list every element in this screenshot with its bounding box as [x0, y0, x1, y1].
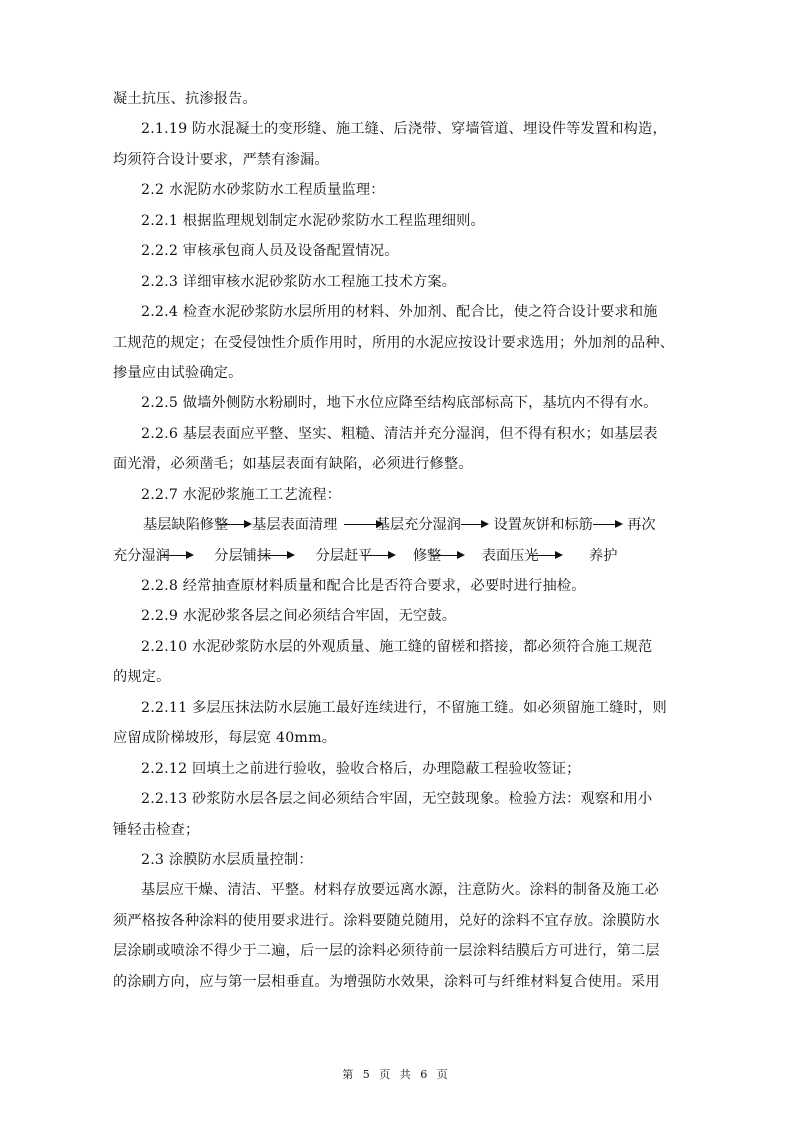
arrow-right-icon	[593, 520, 623, 530]
section-heading: 2.3 涂膜防水层质量控制：	[113, 845, 701, 875]
text-line: 2.2.11 多层压抹法防水层施工最好连续进行，不留施工缝。如必须留施工缝时，则	[113, 693, 701, 723]
text-line: 2.2.12 回填土之前进行验收，验收合格后，办理隐蔽工程验收签证；	[113, 754, 701, 784]
flow-step: 再次	[627, 510, 655, 540]
flow-step: 基层表面清理	[252, 510, 337, 540]
paragraph-block-1: 凝土抗压、抗渗报告。 2.1.19 防水混凝土的变形缝、施工缝、后浇带、穿墙管道…	[113, 84, 701, 510]
text-line: 2.2.6 基层表面应平整、坚实、粗糙、清洁并充分湿润，但不得有积水；如基层表	[113, 419, 701, 449]
text-line: 锤轻击检查；	[113, 815, 701, 845]
text-line: 2.2.3 详细审核水泥砂浆防水工程施工技术方案。	[113, 267, 701, 297]
arrow-right-icon	[160, 551, 194, 561]
arrow-right-icon	[529, 551, 563, 561]
arrow-right-icon	[344, 520, 384, 530]
text-line: 工规范的规定；在受侵蚀性介质作用时，所用的水泥应按设计要求选用；外加剂的品种、	[113, 328, 701, 358]
flow-step: 设置灰饼和标筋	[493, 510, 592, 540]
text-line: 凝土抗压、抗渗报告。	[113, 84, 701, 114]
text-line: 2.2.1 根据监理规划制定水泥砂浆防水工程监理细则。	[113, 206, 701, 236]
flow-step: 基层充分湿润	[376, 510, 461, 540]
text-line: 的规定。	[113, 662, 701, 692]
process-flow-row-2: 充分湿润 分层铺抹 分层赶平 修整 表面压光 养护	[113, 541, 701, 571]
text-line: 2.2.4 检查水泥砂浆防水层所用的材料、外加剂、配合比，使之符合设计要求和施	[113, 297, 701, 327]
text-line: 2.2.7 水泥砂浆施工工艺流程：	[113, 480, 701, 510]
page-footer: 第 5 页 共 6 页	[0, 1066, 793, 1082]
arrow-right-icon	[261, 551, 295, 561]
text-line: 2.2.8 经常抽查原材料质量和配合比是否符合要求，必要时进行抽检。	[113, 571, 701, 601]
arrow-right-icon	[431, 551, 465, 561]
text-line: 须严格按各种涂料的使用要求进行。涂料要随兑随用，兑好的涂料不宜存放。涂膜防水	[113, 906, 701, 936]
text-line: 的涂刷方向，应与第一层相垂直。为增强防水效果，涂料可与纤维材料复合使用。采用	[113, 967, 701, 997]
arrow-right-icon	[362, 551, 396, 561]
text-line: 2.2.13 砂浆防水层各层之间必须结合牢固，无空鼓现象。检验方法：观察和用小	[113, 784, 701, 814]
arrow-right-icon	[461, 520, 489, 530]
paragraph-block-2: 2.2.8 经常抽查原材料质量和配合比是否符合要求，必要时进行抽检。 2.2.9…	[113, 571, 701, 997]
text-line: 掺量应由试验确定。	[113, 358, 701, 388]
text-line: 2.2.5 做墙外侧防水粉刷时，地下水位应降至结构底部标高下，基坑内不得有水。	[113, 388, 701, 418]
text-line: 层涂刷或喷涂不得少于二遍，后一层的涂料必须待前一层涂料结膜后方可进行，第二层	[113, 936, 701, 966]
text-line: 面光滑，必须凿毛；如基层表面有缺陷，必须进行修整。	[113, 449, 701, 479]
text-line: 应留成阶梯坡形，每层宽 40mm。	[113, 723, 701, 753]
text-line: 基层应干燥、清洁、平整。材料存放要远离水源，注意防火。涂料的制备及施工必	[113, 875, 701, 905]
flow-step: 养护	[589, 541, 617, 571]
section-heading: 2.2 水泥防水砂浆防水工程质量监理：	[113, 175, 701, 205]
flow-step: 基层缺陷修整	[143, 510, 228, 540]
text-line: 2.2.9 水泥砂浆各层之间必须结合牢固，无空鼓。	[113, 601, 701, 631]
text-line: 2.2.10 水泥砂浆防水层的外观质量、施工缝的留槎和搭接，都必须符合施工规范	[113, 632, 701, 662]
text-line: 2.2.2 审核承包商人员及设备配置情况。	[113, 236, 701, 266]
process-flow-row-1: 基层缺陷修整基层表面清理 基层充分湿润 设置灰饼和标筋 再次	[113, 510, 701, 540]
text-line: 2.1.19 防水混凝土的变形缝、施工缝、后浇带、穿墙管道、埋设件等发置和构造，	[113, 114, 701, 144]
document-page: 凝土抗压、抗渗报告。 2.1.19 防水混凝土的变形缝、施工缝、后浇带、穿墙管道…	[113, 84, 701, 997]
arrow-right-icon	[218, 520, 252, 530]
text-line: 均须符合设计要求，严禁有渗漏。	[113, 145, 701, 175]
process-flow: 基层缺陷修整基层表面清理 基层充分湿润 设置灰饼和标筋 再次 充分湿润 分层铺抹…	[113, 510, 701, 571]
